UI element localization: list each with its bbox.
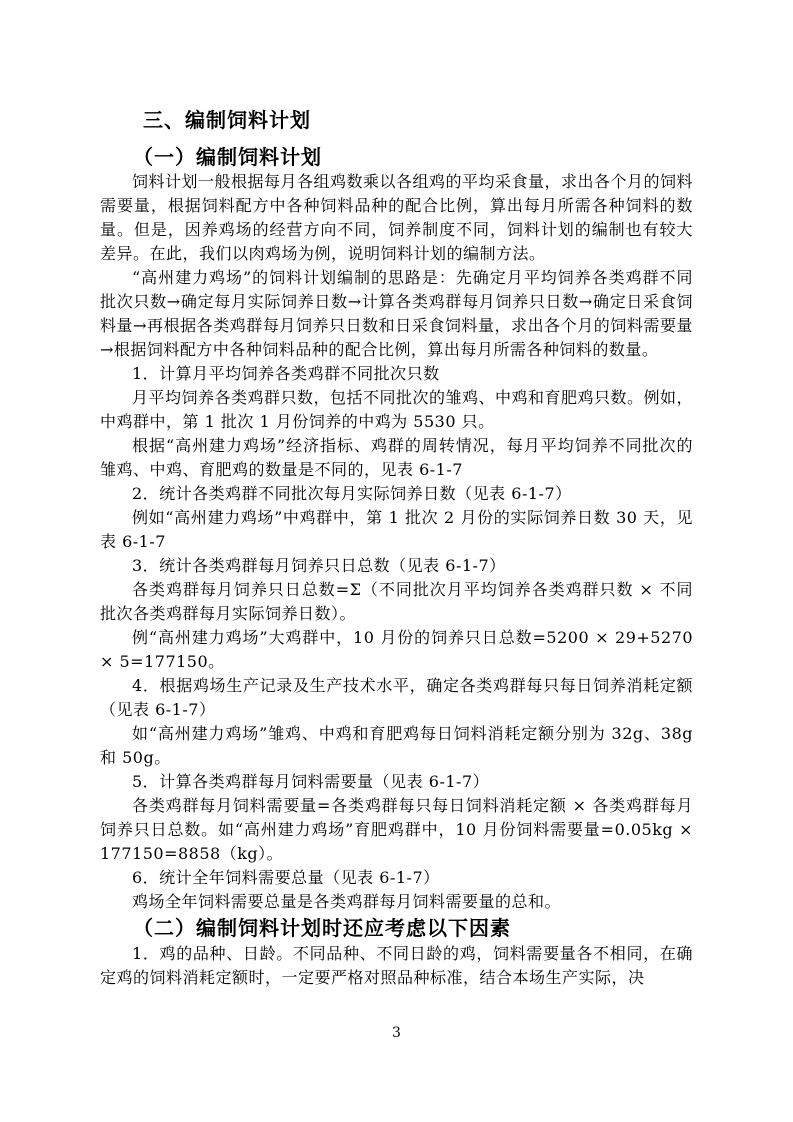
numbered-item-4: 4．根据鸡场生产记录及生产技术水平，确定各类鸡群每只每日饲养消耗定额（见表 6-… <box>100 674 693 722</box>
body-paragraph: 饲料计划一般根据每月各组鸡数乘以各组鸡的平均采食量，求出各个月的饲料需要量，根据… <box>100 170 693 266</box>
document-page: 三、编制饲料计划 （一）编制饲料计划 饲料计划一般根据每月各组鸡数乘以各组鸡的平… <box>0 0 793 1122</box>
section-heading: 三、编制饲料计划 <box>100 107 693 133</box>
subsection-heading-2: （二）编制饲料计划时还应考虑以下因素 <box>100 915 693 941</box>
numbered-item-5: 5．计算各类鸡群每月饲料需要量（见表 6-1-7） <box>100 770 693 794</box>
page-content: 三、编制饲料计划 （一）编制饲料计划 饲料计划一般根据每月各组鸡数乘以各组鸡的平… <box>100 107 693 990</box>
numbered-item-6: 6．统计全年饲料需要总量（见表 6-1-7） <box>100 866 693 890</box>
numbered-item-3: 3．统计各类鸡群每月饲养只日总数（见表 6-1-7） <box>100 554 693 578</box>
numbered-item-2: 2．统计各类鸡群不同批次每月实际饲养日数（见表 6-1-7） <box>100 482 693 506</box>
page-number: 3 <box>0 1025 793 1041</box>
body-paragraph: 例“高州建力鸡场”大鸡群中，10 月份的饲养只日总数=5200 × 29+527… <box>100 626 693 674</box>
body-paragraph: 月平均饲养各类鸡群只数，包括不同批次的雏鸡、中鸡和育肥鸡只数。例如，中鸡群中，第… <box>100 386 693 434</box>
body-paragraph: “高州建力鸡场”的饲料计划编制的思路是：先确定月平均饲养各类鸡群不同批次只数→确… <box>100 266 693 362</box>
body-paragraph: 如“高州建力鸡场”雏鸡、中鸡和育肥鸡每日饲料消耗定额分别为 32g、38g 和 … <box>100 722 693 770</box>
body-paragraph: 根据“高州建力鸡场”经济指标、鸡群的周转情况，每月平均饲养不同批次的雏鸡、中鸡、… <box>100 434 693 482</box>
body-paragraph: 各类鸡群每月饲养只日总数=Σ（不同批次月平均饲养各类鸡群只数 × 不同批次各类鸡… <box>100 578 693 626</box>
subsection-heading-1: （一）编制饲料计划 <box>100 144 693 170</box>
body-paragraph: 1．鸡的品种、日龄。不同品种、不同日龄的鸡，饲料需要量各不相同，在确定鸡的饲料消… <box>100 942 693 990</box>
numbered-item-1: 1．计算月平均饲养各类鸡群不同批次只数 <box>100 362 693 386</box>
body-paragraph: 各类鸡群每月饲料需要量=各类鸡群每只每日饲料消耗定额 × 各类鸡群每月饲养只日总… <box>100 794 693 866</box>
body-paragraph: 例如“高州建力鸡场”中鸡群中，第 1 批次 2 月份的实际饲养日数 30 天，见… <box>100 506 693 554</box>
body-paragraph: 鸡场全年饲料需要总量是各类鸡群每月饲料需要量的总和。 <box>100 890 693 914</box>
